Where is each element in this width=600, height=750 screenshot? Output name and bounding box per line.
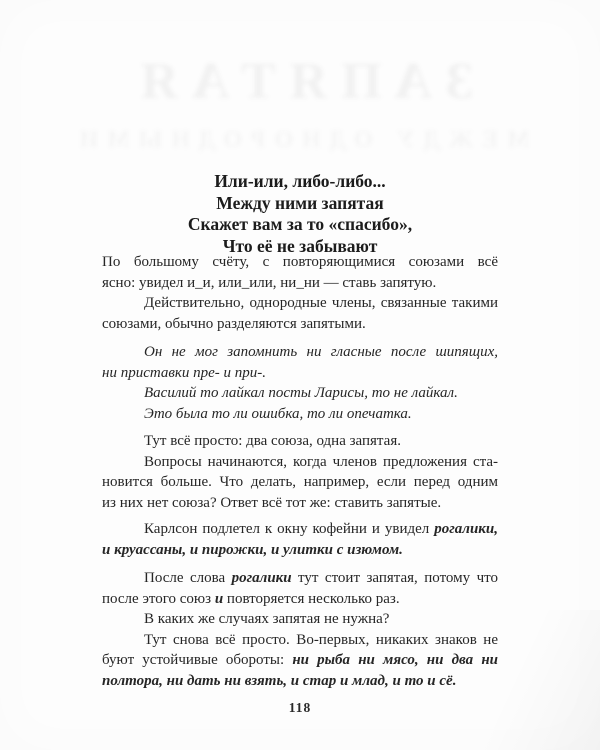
bleed-through-line: МЕЖДУ ОДНОРОДНЫМИ [0, 127, 600, 154]
paragraph-conclusion: После слова рогалики тут стоит запятая, … [102, 568, 498, 691]
example-block-karlsson: Карлсон подлетел к окну кофейни и увидел… [102, 519, 498, 560]
body-text: По большому счёту, с повторяющимися союз… [102, 254, 498, 270]
body-text: новится больше. Что делать, например, ес… [102, 474, 498, 490]
text-line: Действительно, однородные члены, связанн… [102, 293, 498, 314]
example-text: Это была то ли ошибка, то ли опечатка. [144, 406, 412, 422]
text-line: Это была то ли ошибка, то ли опечатка. [102, 404, 498, 425]
body-text: после этого союз [102, 591, 215, 607]
body-text: союзами, обычно разделяются запятыми. [102, 316, 366, 332]
text-line: и круассаны, и пирожки, и улитки с изюмо… [102, 540, 498, 561]
body-text: буют устойчивые обороты: [102, 652, 292, 668]
paragraph-explanation: Тут всё просто: два союза, одна запятая.… [102, 431, 498, 513]
example-block-italic: Он не мог запомнить ни гласные после шип… [102, 342, 498, 424]
example-text: Он не мог запомнить ни гласные после шип… [144, 344, 498, 360]
body-text: Карлсон подлетел к окну кофейни и увидел [144, 521, 434, 537]
text-line: Он не мог запомнить ни гласные после шип… [102, 342, 498, 363]
text-line: после этого союз и повторяется несколько… [102, 589, 498, 610]
body-text: повторяется несколько раз. [223, 591, 399, 607]
chapter-title-line: Или-или, либо-либо... [102, 171, 498, 193]
text-line: из них нет союза? Ответ всё тот же: став… [102, 493, 498, 514]
body-text: ясно: увидел и_и, или_или, ни_ни — ставь… [102, 275, 436, 291]
emphasis-text: ни рыба ни мясо, ни два ни [292, 652, 498, 668]
chapter-title-line: Скажет вам за то «спасибо», [102, 214, 498, 236]
emphasis-text: и [215, 591, 223, 607]
text-line: ни приставки пре- и при-. [102, 363, 498, 384]
text-line: Тут всё просто: два союза, одна запятая. [102, 431, 498, 452]
text-line: После слова рогалики тут стоит запятая, … [102, 568, 498, 589]
emphasis-text: рогалики, [434, 521, 498, 537]
text-line: По большому счёту, с повторяющимися союз… [102, 252, 498, 273]
bleed-through-line: ЗАПЯТАЯ [0, 52, 600, 111]
text-line: новится больше. Что делать, например, ес… [102, 472, 498, 493]
text-line: Вопросы начинаются, когда членов предлож… [102, 452, 498, 473]
body-text: Действительно, однородные члены, связанн… [144, 295, 498, 311]
body-text: тут стоит запятая, потому что [292, 570, 498, 586]
chapter-title-line: Между ними запятая [102, 193, 498, 215]
text-line: буют устойчивые обороты: ни рыба ни мясо… [102, 650, 498, 671]
text-line: Василий то лайкал посты Ларисы, то не ла… [102, 383, 498, 404]
book-page-scan: ЗАПЯТАЯ МЕЖДУ ОДНОРОДНЫМИ Или-или, либо-… [0, 0, 600, 750]
bleed-through-text: ЗАПЯТАЯ МЕЖДУ ОДНОРОДНЫМИ [0, 52, 600, 154]
text-line: ясно: увидел и_и, или_или, ни_ни — ставь… [102, 273, 498, 294]
text-line: Карлсон подлетел к окну кофейни и увидел… [102, 519, 498, 540]
emphasis-text: и круассаны, и пирожки, и улитки с изюмо… [102, 542, 403, 558]
text-line: В каких же случаях запятая не нужна? [102, 609, 498, 630]
paragraph-intro: По большому счёту, с повторяющимися союз… [102, 252, 498, 334]
body-text: После слова [144, 570, 232, 586]
emphasis-text: полтора, ни дать ни взять, и стар и млад… [102, 673, 456, 689]
body-text: Тут снова всё просто. Во-первых, никаких… [102, 632, 498, 651]
text-line: союзами, обычно разделяются запятыми. [102, 314, 498, 335]
emphasis-text: рогалики [232, 570, 292, 586]
text-line: Тут снова всё просто. Во-первых, никаких… [102, 630, 498, 651]
body-text: Вопросы начинаются, когда членов предлож… [144, 454, 498, 470]
page-number: 118 [102, 700, 498, 716]
body-text: из них нет союза? Ответ всё тот же: став… [102, 495, 441, 511]
example-text: Василий то лайкал посты Ларисы, то не ла… [144, 385, 458, 401]
chapter-title: Или-или, либо-либо... Между ними запятая… [102, 171, 498, 257]
text-line: полтора, ни дать ни взять, и стар и млад… [102, 671, 498, 692]
example-text: ни приставки пре- и при-. [102, 365, 266, 381]
body-text: В каких же случаях запятая не нужна? [144, 611, 389, 627]
body-text: Тут всё просто: два союза, одна запятая. [144, 433, 401, 449]
